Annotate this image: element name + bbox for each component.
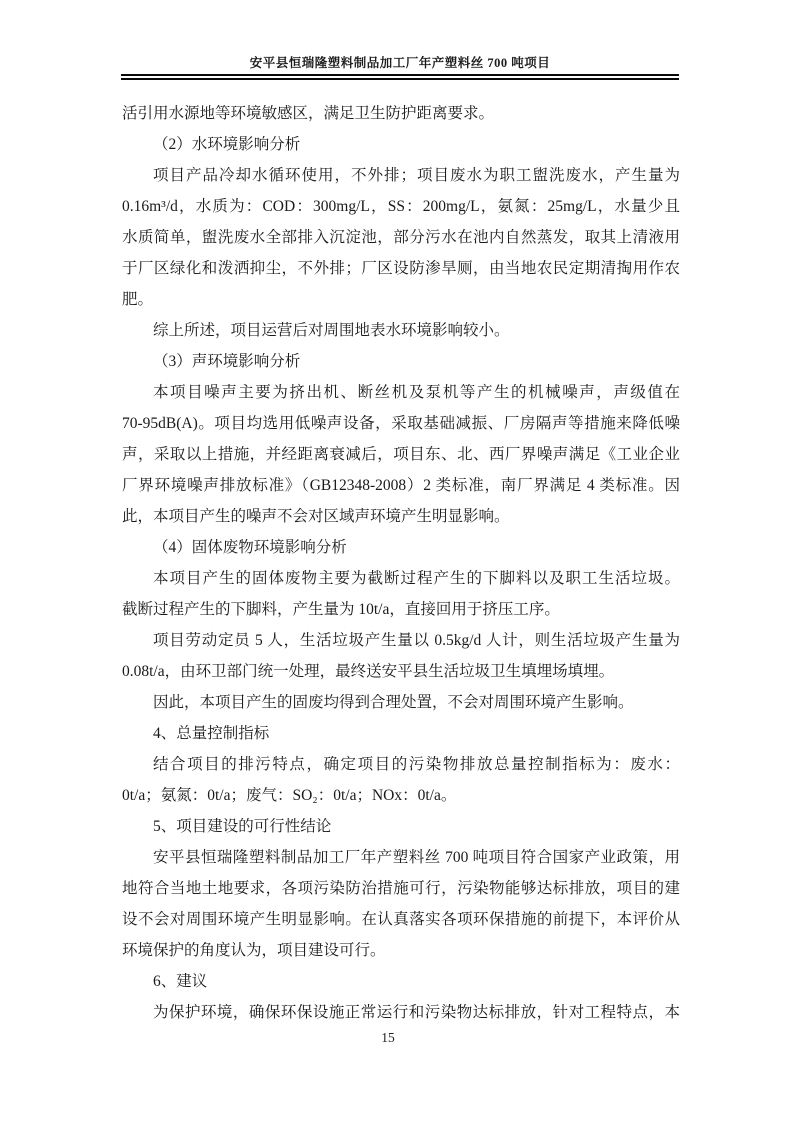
- text-line: （3）声环境影响分析: [122, 346, 680, 377]
- text-line: 活引用水源地等环境敏感区，满足卫生防护距离要求。: [122, 98, 680, 129]
- text-line: 水质简单，盥洗废水全部排入沉淀池，部分污水在池内自然蒸发，取其上清液用: [122, 222, 680, 253]
- text-line: 0.16m³/d，水质为：COD：300mg/L，SS：200mg/L，氨氮：2…: [122, 191, 680, 222]
- text-line: 截断过程产生的下脚料，产生量为 10t/a，直接回用于挤压工序。: [122, 594, 680, 625]
- page-header-title: 安平县恒瑞隆塑料制品加工厂年产塑料丝 700 吨项目: [0, 53, 800, 71]
- text-line: 4、总量控制指标: [122, 718, 680, 749]
- text-line: 综上所述，项目运营后对周围地表水环境影响较小。: [122, 315, 680, 346]
- text-line: （2）水环境影响分析: [122, 129, 680, 160]
- text-line: 本项目噪声主要为挤出机、断丝机及泵机等产生的机械噪声，声级值在: [122, 377, 680, 408]
- text-line: 地符合当地土地要求，各项污染防治措施可行，污染物能够达标排放，项目的建: [122, 873, 680, 904]
- text-line: 6、建议: [122, 966, 680, 997]
- text-line: 厂界环境噪声排放标准》（GB12348-2008）2 类标准，南厂界满足 4 类…: [122, 470, 680, 501]
- text-line: 安平县恒瑞隆塑料制品加工厂年产塑料丝 700 吨项目符合国家产业政策，用: [122, 842, 680, 873]
- text-line: 因此，本项目产生的固废均得到合理处置，不会对周围环境产生影响。: [122, 687, 680, 718]
- text-line: 于厂区绿化和泼洒抑尘，不外排；厂区设防渗旱厕，由当地农民定期清掏用作农: [122, 253, 680, 284]
- text-line: （4）固体废物环境影响分析: [122, 532, 680, 563]
- text-line: 结合项目的排污特点，确定项目的污染物排放总量控制指标为：废水：COD：: [122, 749, 680, 780]
- text-line: 声，采取以上措施，并经距离衰减后，项目东、北、西厂界噪声满足《工业企业: [122, 439, 680, 470]
- text-line: 肥。: [122, 284, 680, 315]
- text-line: 项目劳动定员 5 人，生活垃圾产生量以 0.5kg/d 人计，则生活垃圾产生量为: [122, 625, 680, 656]
- text-line: 环境保护的角度认为，项目建设可行。: [122, 935, 680, 966]
- text-line: 5、项目建设的可行性结论: [122, 811, 680, 842]
- page-number: 15: [0, 1030, 788, 1046]
- text-line: 此，本项目产生的噪声不会对区域声环境产生明显影响。: [122, 501, 680, 532]
- document-body: 活引用水源地等环境敏感区，满足卫生防护距离要求。（2）水环境影响分析项目产品冷却…: [122, 98, 680, 1028]
- document-page: 安平县恒瑞隆塑料制品加工厂年产塑料丝 700 吨项目 活引用水源地等环境敏感区，…: [0, 0, 800, 1131]
- text-line: 为保护环境，确保环保设施正常运行和污染物达标排放，针对工程特点，本: [122, 997, 680, 1028]
- text-line: 项目产品冷却水循环使用，不外排；项目废水为职工盥洗废水，产生量为: [122, 160, 680, 191]
- text-line: 0t/a；氨氮：0t/a；废气：SO₂：0t/a；NOx：0t/a。: [122, 780, 680, 811]
- text-line: 本项目产生的固体废物主要为截断过程产生的下脚料以及职工生活垃圾。: [122, 563, 680, 594]
- text-line: 设不会对周围环境产生明显影响。在认真落实各项环保措施的前提下，本评价从: [122, 904, 680, 935]
- header-rule: [121, 74, 679, 80]
- text-line: 0.08t/a，由环卫部门统一处理，最终送安平县生活垃圾卫生填埋场填埋。: [122, 656, 680, 687]
- text-line: 70-95dB(A)。项目均选用低噪声设备，采取基础减振、厂房隔声等措施来降低噪: [122, 408, 680, 439]
